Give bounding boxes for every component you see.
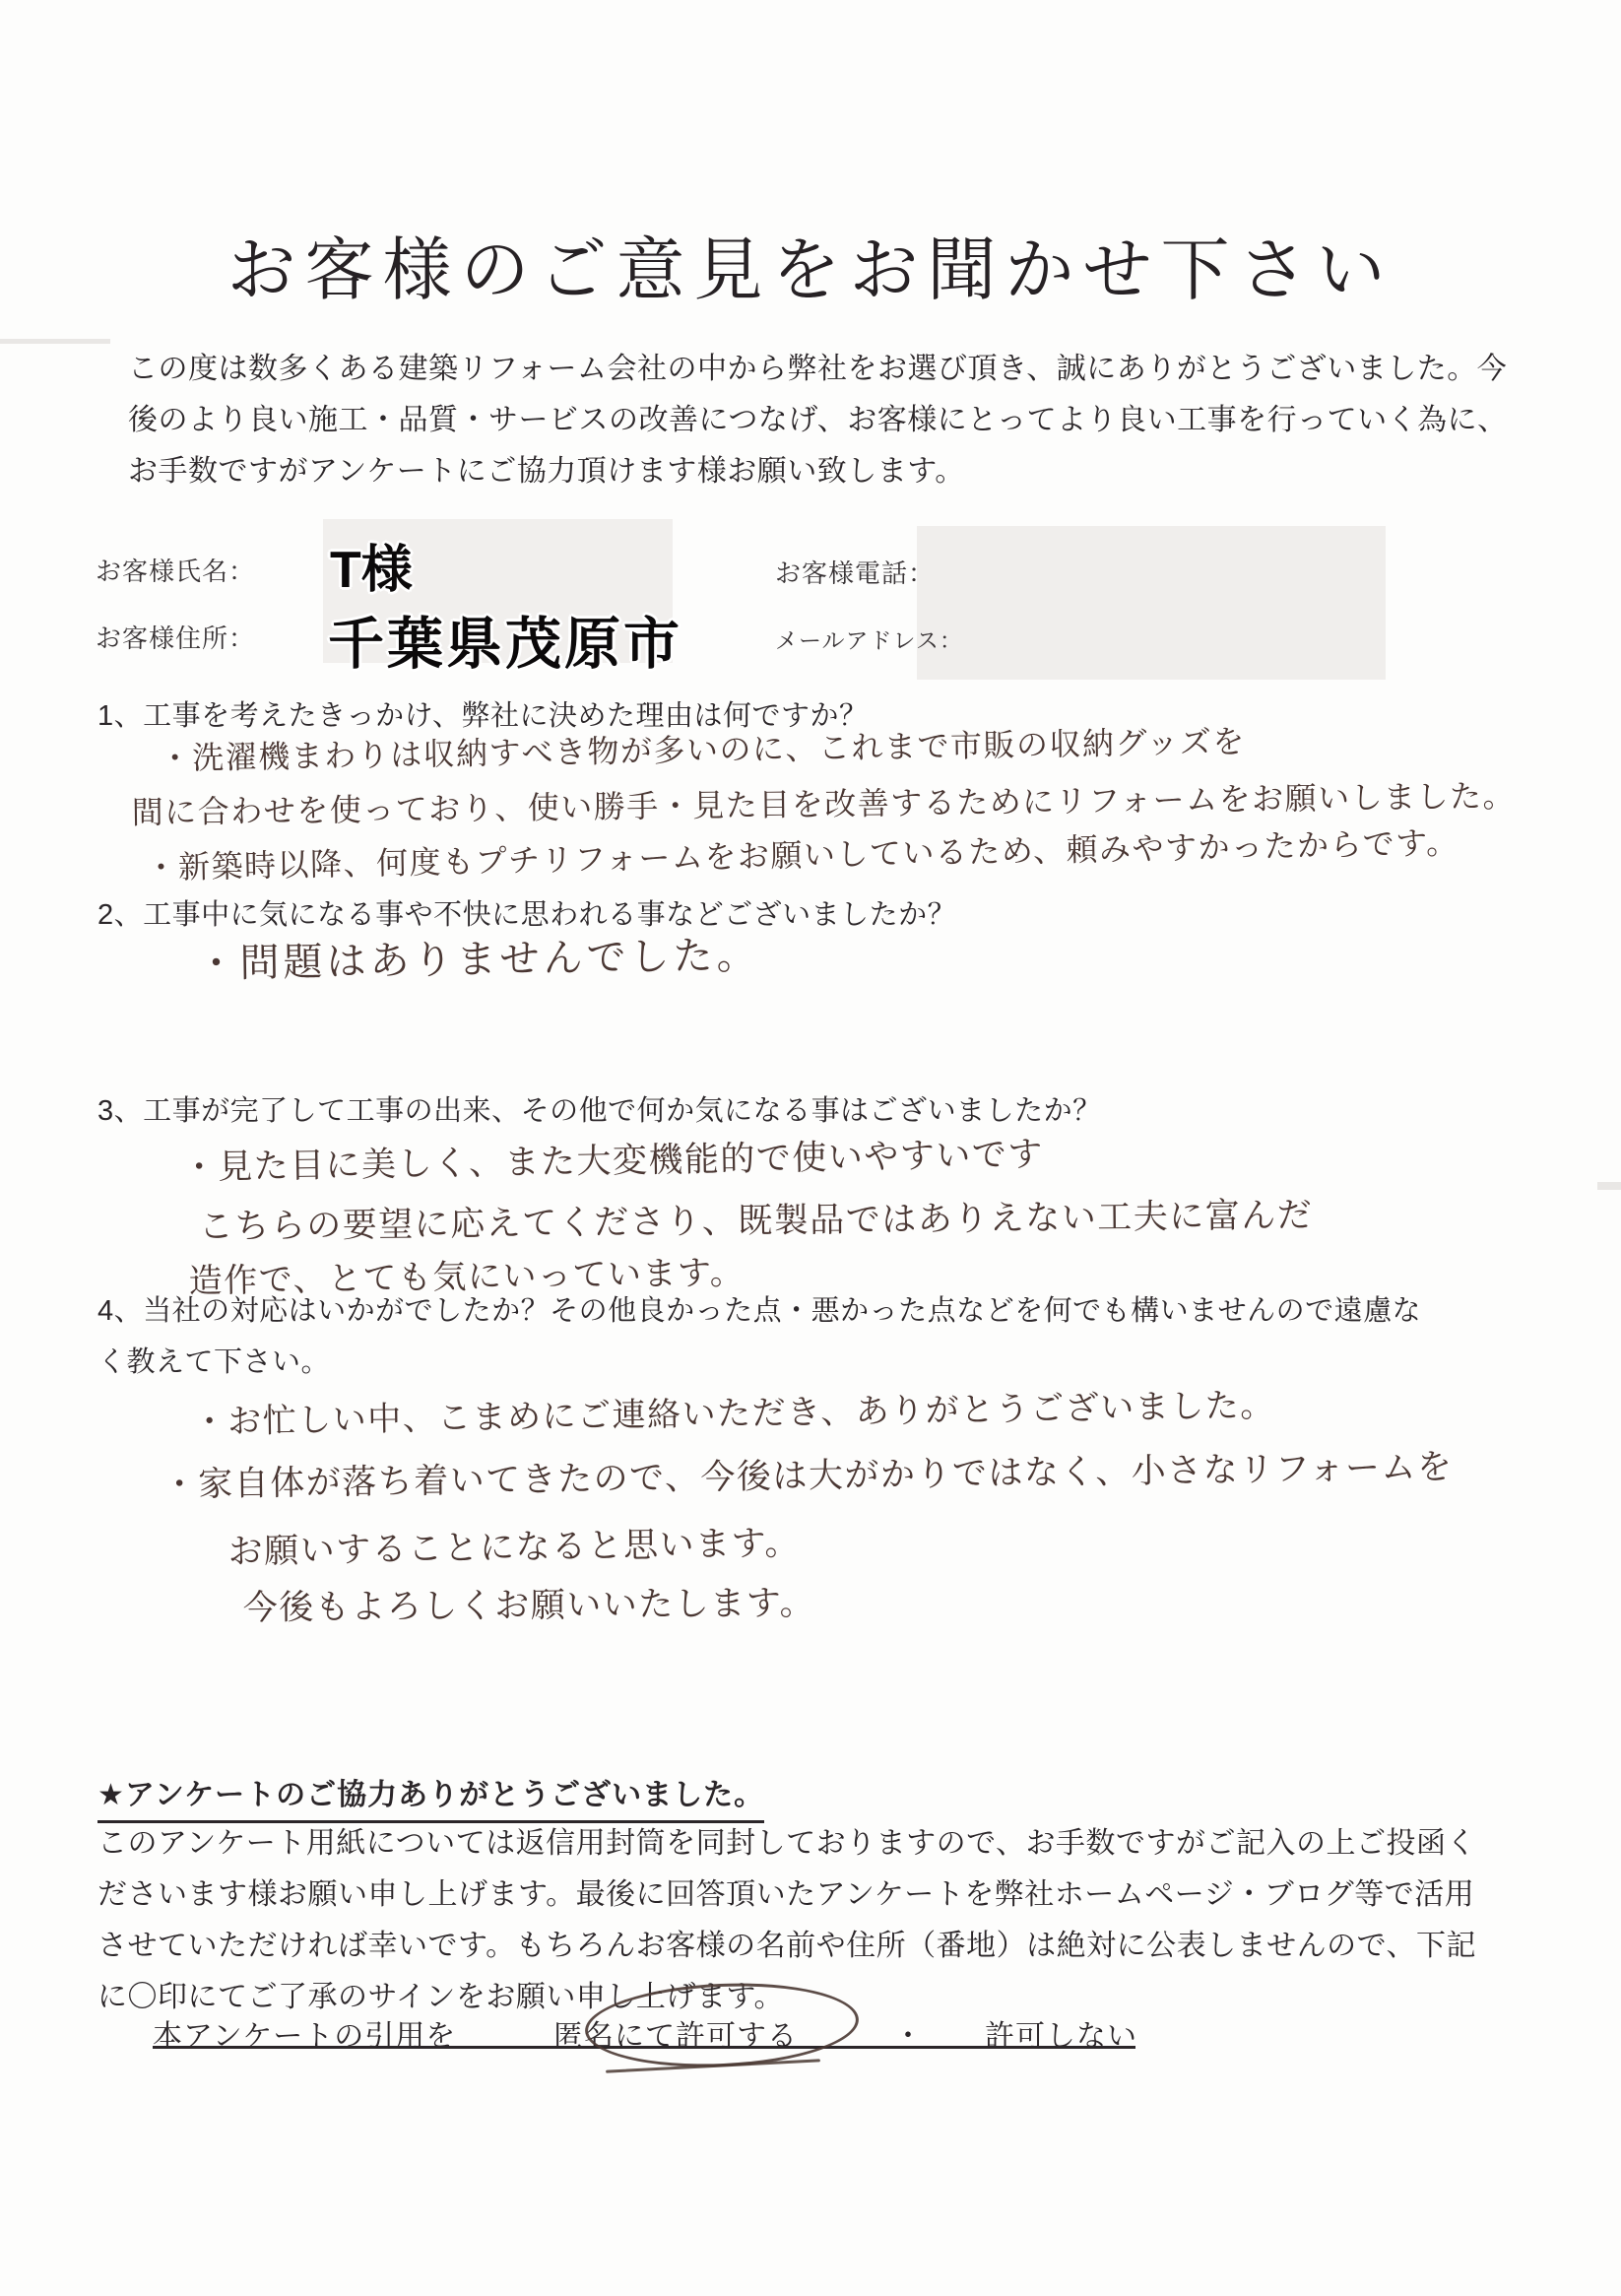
- question-3-answer-line: こちらの要望に応えてくださり、既製品ではありえない工夫に富んだ: [198, 1188, 1313, 1249]
- closing-line: このアンケート用紙については返信用封筒を同封しておりますので、お手数ですがご記入…: [97, 1818, 1476, 1870]
- question-4-label: 4、当社の対応はいかがでしたか？その他良かった点・悪かった点などを何でも構いませ…: [97, 1285, 1421, 1388]
- customer-address-value: 千葉県茂原市: [328, 599, 682, 680]
- consent-prefix: 本アンケートの引用を: [153, 2011, 456, 2055]
- intro-line: 後のより良い施工・品質・サービスの改善につなげ、お客様にとってより良い工事を行っ…: [128, 395, 1508, 446]
- customer-phone-label: お客様電話：: [775, 554, 935, 590]
- customer-address-label: お客様住所：: [96, 619, 255, 655]
- intro-paragraph: この度は数多くある建築リフォーム会社の中から弊社をお選び頂き、誠にありがとうござ…: [128, 344, 1508, 497]
- customer-name-label: お客様氏名：: [96, 552, 255, 588]
- consent-separator: ・: [893, 2011, 924, 2055]
- question-4-label-line: 4、当社の対応はいかがでしたか？その他良かった点・悪かった点などを何でも構いませ…: [97, 1285, 1421, 1337]
- question-4-answer-line: ・家自体が落ち着いてきたので、今後は大がかりではなく、小さなリフォームを: [162, 1440, 1453, 1507]
- thanks-heading: ★アンケートのご協力ありがとうございました。: [97, 1770, 764, 1823]
- closing-line: させていただければ幸いです。もちろんお客様の名前や住所（番地）は絶対に公表しませ…: [97, 1921, 1476, 1972]
- question-4-answer-line: お願いすることになると思います。: [227, 1516, 801, 1574]
- scan-artifact: [1597, 1182, 1621, 1190]
- closing-line: ださいます様お願い申し上げます。最後に回答頂いたアンケートを弊社ホームページ・ブ…: [97, 1870, 1476, 1921]
- consent-option-deny: 許可しない: [985, 2011, 1137, 2055]
- survey-page: お客様のご意見をお聞かせ下さい この度は数多くある建築リフォーム会社の中から弊社…: [0, 0, 1621, 2296]
- intro-line: お手数ですがアンケートにご協力頂けます様お願い致します。: [128, 446, 1508, 497]
- phone-email-redaction-box: [917, 526, 1386, 680]
- page-title: お客様のご意見をお聞かせ下さい: [0, 215, 1621, 314]
- intro-line: この度は数多くある建築リフォーム会社の中から弊社をお選び頂き、誠にありがとうござ…: [128, 344, 1508, 395]
- question-4-answer-line: 今後もよろしくお願いいたします。: [243, 1576, 816, 1630]
- customer-email-label: メールアドレス：: [775, 623, 963, 655]
- customer-name-value: T様: [330, 528, 413, 602]
- scan-artifact: [0, 339, 110, 344]
- question-2-answer-line: ・問題はありませんでした。: [196, 924, 760, 989]
